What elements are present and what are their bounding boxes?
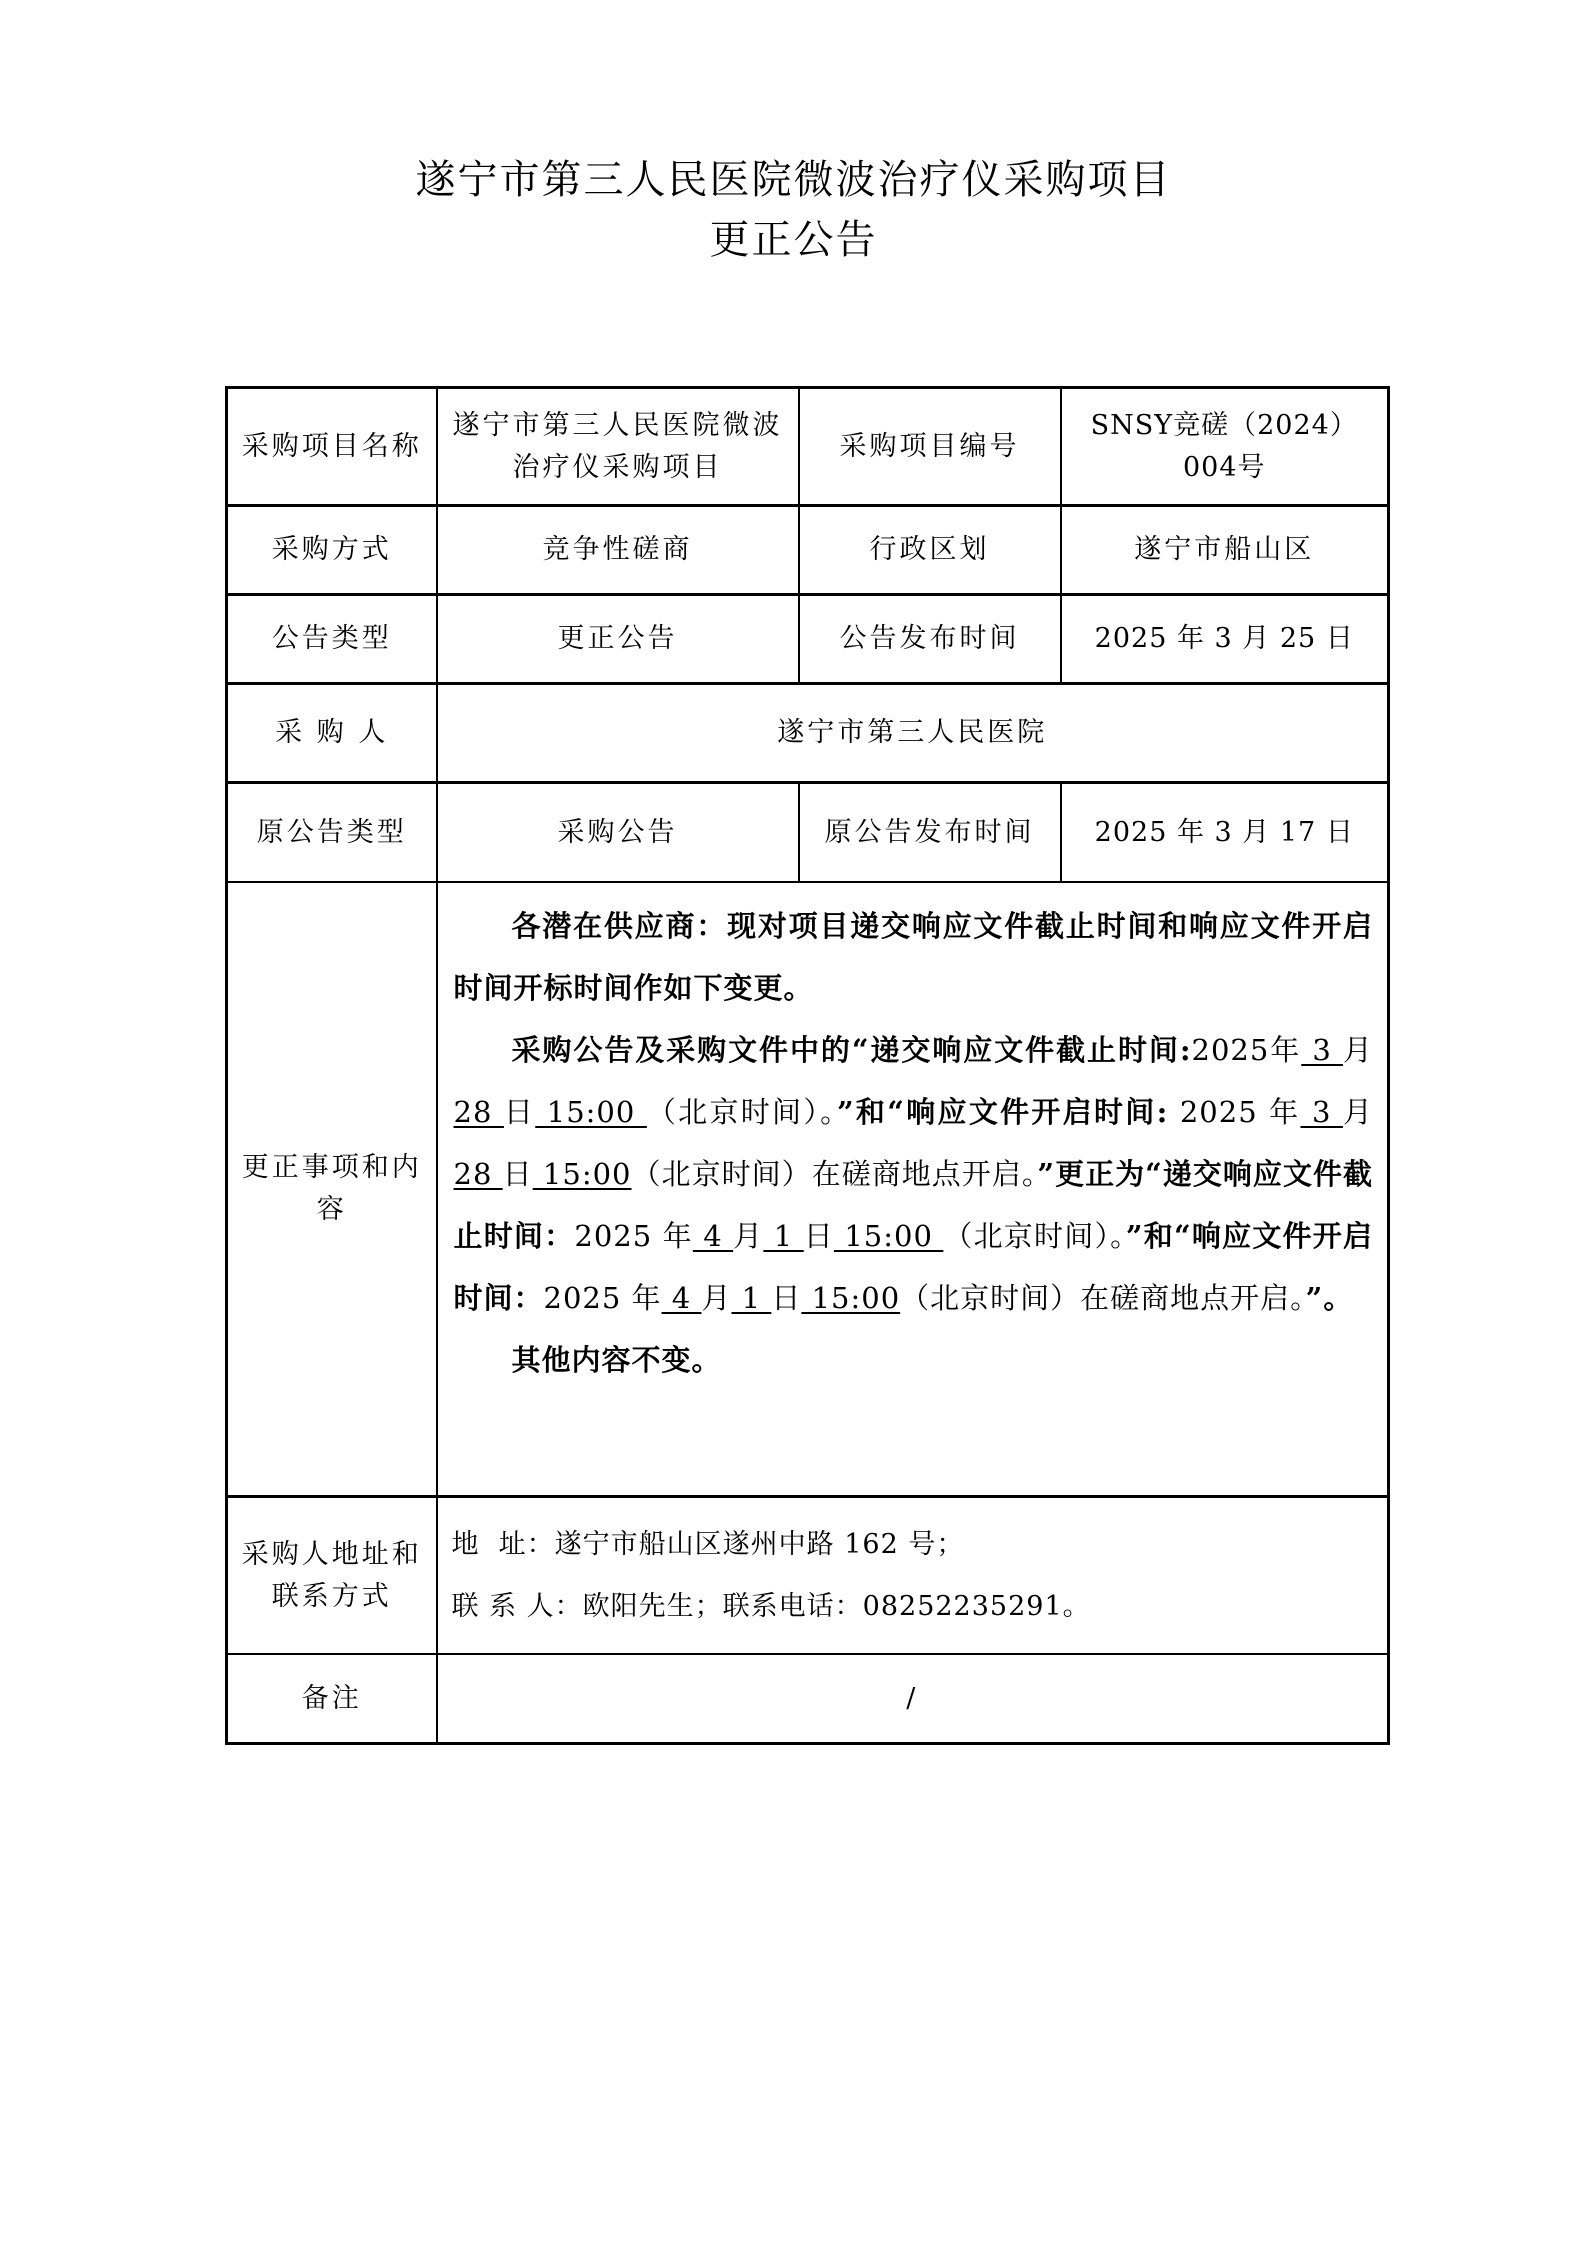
- text-fragment: 月: [701, 1281, 731, 1315]
- project-no-value: SNSY竞磋（2024）004号: [1061, 388, 1389, 506]
- table-row: 备注 /: [227, 1654, 1389, 1744]
- underlined-value: 4: [693, 1219, 733, 1253]
- underlined-value: 15:00: [834, 1219, 943, 1253]
- region-value: 遂宁市船山区: [1061, 506, 1389, 595]
- contact-label: 采购人地址和联系方式: [227, 1497, 437, 1655]
- purchaser-value: 遂宁市第三人民医院: [437, 684, 1389, 783]
- text-fragment: 2025年: [1192, 1033, 1302, 1067]
- underlined-value: 15:00: [533, 1157, 632, 1191]
- underlined-value: 28: [454, 1095, 504, 1129]
- orig-type-label: 原公告类型: [227, 783, 437, 883]
- text-fragment: （北京时间）在磋商地点开启。: [900, 1281, 1306, 1315]
- title-line-2: 更正公告: [0, 210, 1587, 270]
- remark-label: 备注: [227, 1654, 437, 1744]
- text-fragment: （北京时间）。: [647, 1095, 837, 1129]
- document-title: 遂宁市第三人民医院微波治疗仪采购项目 更正公告: [0, 150, 1587, 270]
- underlined-value: 1: [763, 1219, 803, 1253]
- correction-paragraph-3: 其他内容不变。: [454, 1329, 1374, 1391]
- contact-content: 地 址：遂宁市船山区遂州中路 162 号； 联 系 人：欧阳先生；联系电话：08…: [437, 1497, 1389, 1655]
- underlined-value: 3: [1300, 1095, 1343, 1129]
- text-fragment: 日: [771, 1281, 801, 1315]
- text-fragment: ”和“响应文件开启时间:: [837, 1095, 1168, 1129]
- text-fragment: （北京时间）。: [943, 1219, 1126, 1253]
- underlined-value: 3: [1301, 1033, 1343, 1067]
- publish-time-value: 2025 年 3 月 25 日: [1061, 595, 1389, 684]
- correction-paragraph-1: 各潜在供应商：现对项目递交响应文件截止时间和响应文件开启时间开标时间作如下变更。: [454, 895, 1374, 1019]
- project-name-value: 遂宁市第三人民医院微波治疗仪采购项目: [437, 388, 799, 506]
- text-fragment: 月: [1343, 1033, 1373, 1067]
- correction-content: 各潜在供应商：现对项目递交响应文件截止时间和响应文件开启时间开标时间作如下变更。…: [437, 882, 1389, 1497]
- region-label: 行政区划: [799, 506, 1061, 595]
- text-fragment: 日: [504, 1095, 535, 1129]
- orig-time-label: 原公告发布时间: [799, 783, 1061, 883]
- title-line-1: 遂宁市第三人民医院微波治疗仪采购项目: [0, 150, 1587, 210]
- text-fragment: 日: [503, 1157, 533, 1191]
- text-fragment: 月: [1343, 1095, 1373, 1129]
- underlined-value: 1: [731, 1281, 771, 1315]
- publish-time-label: 公告发布时间: [799, 595, 1061, 684]
- orig-type-value: 采购公告: [437, 783, 799, 883]
- text-fragment: 采购公告及采购文件中的“递交响应文件截止时间:: [512, 1033, 1192, 1067]
- method-label: 采购方式: [227, 506, 437, 595]
- table-row: 采购项目名称 遂宁市第三人民医院微波治疗仪采购项目 采购项目编号 SNSY竞磋（…: [227, 388, 1389, 506]
- table-row: 采购方式 竞争性磋商 行政区划 遂宁市船山区: [227, 506, 1389, 595]
- notice-type-value: 更正公告: [437, 595, 799, 684]
- orig-time-value: 2025 年 3 月 17 日: [1061, 783, 1389, 883]
- underlined-value: 15:00: [801, 1281, 900, 1315]
- text-fragment: 日: [804, 1219, 834, 1253]
- notice-type-label: 公告类型: [227, 595, 437, 684]
- text-fragment: 2025 年: [574, 1219, 692, 1253]
- remark-value: /: [437, 1654, 1389, 1744]
- address-line: 地 址：遂宁市船山区遂州中路 162 号；: [452, 1514, 1374, 1576]
- table-row: 原公告类型 采购公告 原公告发布时间 2025 年 3 月 17 日: [227, 783, 1389, 883]
- table-row: 采 购 人 遂宁市第三人民医院: [227, 684, 1389, 783]
- table-row: 采购人地址和联系方式 地 址：遂宁市船山区遂州中路 162 号； 联 系 人：欧…: [227, 1497, 1389, 1655]
- table-row: 公告类型 更正公告 公告发布时间 2025 年 3 月 25 日: [227, 595, 1389, 684]
- project-name-label: 采购项目名称: [227, 388, 437, 506]
- correction-paragraph-2: 采购公告及采购文件中的“递交响应文件截止时间:2025年 3 月28 日 15:…: [454, 1019, 1374, 1329]
- notice-table: 采购项目名称 遂宁市第三人民医院微波治疗仪采购项目 采购项目编号 SNSY竞磋（…: [225, 386, 1390, 1745]
- text-fragment: ”。: [1306, 1281, 1354, 1315]
- text-fragment: 2025 年: [544, 1281, 662, 1315]
- table-row: 更正事项和内容 各潜在供应商：现对项目递交响应文件截止时间和响应文件开启时间开标…: [227, 882, 1389, 1497]
- underlined-value: 4: [662, 1281, 702, 1315]
- purchaser-label: 采 购 人: [227, 684, 437, 783]
- underlined-value: 15:00: [535, 1095, 647, 1129]
- text-fragment: （北京时间）在磋商地点开启。: [632, 1157, 1038, 1191]
- underlined-value: 28: [454, 1157, 503, 1191]
- correction-label: 更正事项和内容: [227, 882, 437, 1497]
- project-no-label: 采购项目编号: [799, 388, 1061, 506]
- method-value: 竞争性磋商: [437, 506, 799, 595]
- text-fragment: 月: [733, 1219, 763, 1253]
- contact-line: 联 系 人：欧阳先生；联系电话：08252235291。: [452, 1576, 1374, 1638]
- text-fragment: 2025 年: [1168, 1095, 1300, 1129]
